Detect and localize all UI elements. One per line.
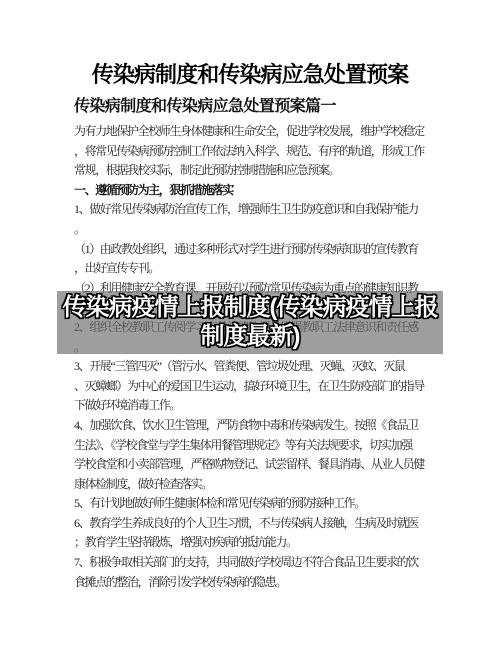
body-text-line: ；教育学生坚持锻炼，增强对疾病的抵抗能力。: [74, 533, 426, 553]
document-page: 传染病制度和传染病应急处置预案 传染病制度和传染病应急处置预案篇一 为有力地保护…: [0, 0, 500, 647]
body-text-line: 下做好环境消毒工作。: [74, 396, 426, 416]
body-text-line: 生法》、《学校食堂与学生集体用餐管理规定》等有关法规要求，切实加强: [74, 436, 426, 456]
body-text-line: ，出好宣传专刊。: [74, 259, 426, 279]
body-text-line: 1、做好常见传染病防治宣传工作，增强师生卫生防疫意识和自我保护能力: [74, 200, 426, 220]
watermark-overlay-text-line-1: 传染病疫情上报制度(传染病疫情上报: [57, 293, 443, 322]
body-text-line: （1）由政教处组织，通过多种形式对学生进行预防传染病知识的宣传教育: [74, 240, 426, 260]
document-body: 为有力地保护全校师生身体健康和生命安全，促进学校发展，维护学校稳定，将常见传染病…: [74, 122, 426, 592]
watermark-overlay-text-line-2: 制度最新): [57, 322, 443, 351]
body-text-line: 。: [74, 220, 426, 240]
body-text-line: 康体检制度，做好检查落实。: [74, 475, 426, 495]
body-text-line: 7、积极争取相关部门的支持，共同做好学校周边不符合食品卫生要求的饮: [74, 553, 426, 573]
body-text-line: 食摊点的整治，消除引发学校传染病的隐患。: [74, 573, 426, 593]
body-text-line: 3、开展“三管四灭”（管污水、管粪便、管垃圾处理、灭蝇、灭蚊、灭鼠: [74, 357, 426, 377]
body-text-line: 为有力地保护全校师生身体健康和生命安全，促进学校发展，维护学校稳定: [74, 122, 426, 142]
body-text-line: 6、教育学生养成良好的个人卫生习惯，不与传染病人接触，生病及时就医: [74, 514, 426, 534]
body-text-line: 5、有计划地做好师生健康体检和常见传染病的预防接种工作。: [74, 494, 426, 514]
body-text-line: 4、加强饮食、饮水卫生管理，严防食物中毒和传染病发生。按照《食品卫: [74, 416, 426, 436]
watermark-overlay-band: 传染病疫情上报制度(传染病疫情上报 制度最新): [57, 291, 443, 354]
body-text-line: 、灭蟑螂）为中心的爱国卫生运动，搞好环境卫生，在卫生防疫部门的指导: [74, 377, 426, 397]
section-subheading-line: 一、遵循预防为主，狠抓措施落实: [74, 181, 426, 201]
body-text-line: ，将常见传染病预防控制工作依法纳入科学、规范、有序的轨道，形成工作: [74, 142, 426, 162]
body-text-line: 学校食堂和小卖部管理，严格购物登记、试尝留样、餐具消毒、从业人员健: [74, 455, 426, 475]
document-title: 传染病制度和传染病应急处置预案: [0, 58, 500, 89]
section-heading: 传染病制度和传染病应急处置预案篇一: [74, 93, 336, 116]
body-text-line: 常规，根据我校实际，制定此预防控制措施和应急预案。: [74, 161, 426, 181]
